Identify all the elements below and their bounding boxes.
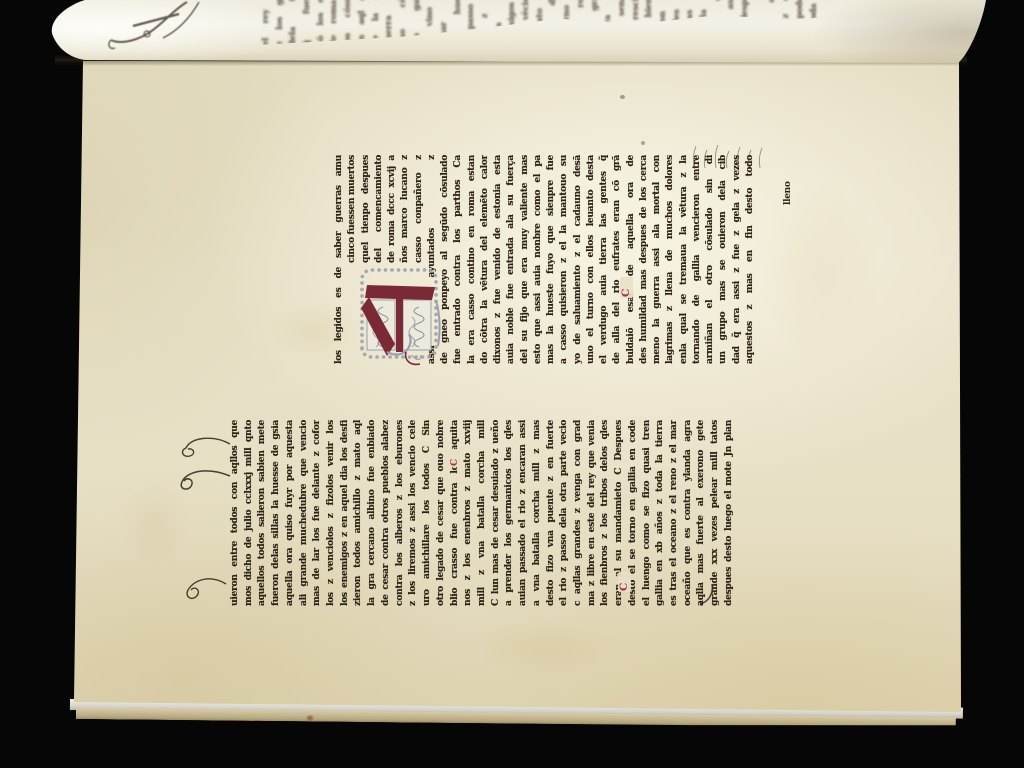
blurred-text-line: auia auido xyxy=(725,0,739,46)
text-line: mas la hueste fuyo que sienpre fue xyxy=(544,155,557,364)
text-line: un grupo mas se ouieron dela cib xyxy=(716,155,729,364)
illuminated-initial-A: A xyxy=(359,267,439,360)
blurred-text-line: su hueste xyxy=(452,0,466,46)
blurred-text-line: q̃ fueron xyxy=(301,0,315,46)
blurred-text-line: los cōsules xyxy=(342,0,356,46)
text-block: A los legidos es de saber guerras amuci xyxy=(332,155,756,364)
manuscript-photo: A los legidos es de saber guerras amuci xyxy=(0,0,1024,768)
text-line: zieron todos amichillo z mato aql xyxy=(351,420,365,606)
blurred-text-line: los gallos xyxy=(411,0,425,46)
text-line: ma z libre en este del rey que venia xyxy=(585,420,599,606)
blurred-text-line: toria que xyxy=(712,0,726,46)
text-line: oceaño que es contra ylanda agra xyxy=(681,420,695,606)
curled-previous-leaf: el rey dōz los gdosdela trraq̃ fueroncō … xyxy=(45,0,995,64)
text-line: esto que assi auia nonbre como el pa xyxy=(531,155,544,364)
leaf-cadel-flourish-icon xyxy=(103,0,223,54)
blurred-text-line: en aql año xyxy=(356,0,370,46)
text-line: cinco fuessen muertos por celadas xyxy=(345,155,358,364)
text-line: a prender los germanicos los qles xyxy=(502,420,516,606)
blurred-text-line: dela trra xyxy=(287,0,301,46)
text-line: z los liremos z assi los vencio cele xyxy=(406,420,420,606)
text-line: do cōtra la vētura del elemēto calor xyxy=(478,155,491,364)
text-line: otro legado de cesar que ouo nobre xyxy=(434,420,448,606)
parchment-page xyxy=(0,0,1024,768)
rubric-mark: C xyxy=(620,279,633,298)
text-line: uro amichillare los todos C Sin xyxy=(420,420,434,606)
stain-spot xyxy=(306,715,314,721)
text-line: ali grande muchedubre que vencio xyxy=(297,420,311,606)
text-line: nos z los enenbros z mato xxviij xyxy=(461,420,475,606)
blurred-text-line: para roma xyxy=(575,0,589,46)
text-line: gallia en xb años z toda la tierra xyxy=(653,420,667,606)
blurred-text-line: cōsul otra xyxy=(766,0,780,46)
blurred-text-line: fizieron xyxy=(657,0,671,46)
blurred-text-line: el rey dō xyxy=(260,0,274,46)
blurred-text-line: cōtra los xyxy=(493,0,507,46)
blurred-text-line: z despues xyxy=(739,0,753,46)
calderon-glyph: C xyxy=(620,277,633,298)
text-line: mas de lar los fue delante z cofor xyxy=(310,420,324,606)
blurred-text-line: z passo el xyxy=(465,0,479,46)
text-line: uno el turno con ellos leuanto desta xyxy=(584,155,597,364)
rubric-mark: C xyxy=(618,574,631,592)
blurred-text-line: z torno se xyxy=(561,0,575,46)
text-line: fue entrado contra los parthos Ca xyxy=(451,155,464,364)
text-line: aquellos todos salieron sabien mete xyxy=(255,420,269,606)
blurred-text-line: guerra q̃ xyxy=(383,0,397,46)
text-line: aqlla mas fuerte al exerono gete xyxy=(694,420,708,606)
text-line: los z venciolos z fizolos venir los xyxy=(324,420,338,606)
text-line: fueron delas sillas la huesse de gsia xyxy=(269,420,283,606)
blurred-text-line: por la vic xyxy=(698,0,712,46)
text-line: la era casso contino en roma estan xyxy=(465,155,478,364)
blurred-text-line: de toda la xyxy=(808,0,822,46)
text-line: despues desto luego el mote Jn plan xyxy=(722,420,736,606)
calderon-glyph: C xyxy=(449,449,460,467)
text-line: dixonos z fue venido de estonia esta xyxy=(491,155,504,364)
initial-tail-flourish-icon xyxy=(402,350,424,370)
text-line: auian passado el rio z encaran assi xyxy=(516,420,530,606)
illuminated-initial-artwork xyxy=(359,267,439,360)
blurred-text-line: cō grand xyxy=(589,0,603,46)
calderon-glyph: C xyxy=(618,572,631,592)
blurred-text-line: vez z ouo xyxy=(780,0,794,46)
text-line: mos dicho de julio cclxxxj mill qnto xyxy=(242,420,256,606)
blurred-text-line: de roma z xyxy=(328,0,342,46)
text-line: yo de saluamiento z el cadauno desā xyxy=(571,155,584,364)
blurred-text-line: honrra z xyxy=(602,0,616,46)
ascender-hairline-strokes xyxy=(688,142,768,168)
text-line: meno la guerra assi ala mortal con xyxy=(650,155,663,364)
catchword: lleno xyxy=(783,179,805,205)
blurred-text-line: z vēciolos xyxy=(520,0,534,46)
blurred-text-block: el rey dōz los gdosdela trraq̃ fueroncō … xyxy=(260,0,835,46)
text-line: los enemigos z en aquel dia los desfi xyxy=(338,420,352,606)
text-line: armiñan el otro cōsulado sin di xyxy=(703,155,716,364)
blurred-text-line: grandes xyxy=(671,0,685,46)
text-line: desto fizo vna puente z en fuerte xyxy=(544,420,558,606)
text-line: los legidos es de saber guerras amu xyxy=(332,155,345,364)
text-column-right: A los legidos es de saber guerras amuci xyxy=(332,155,756,364)
blurred-text-line: alegrias xyxy=(684,0,698,46)
blurred-text-line: muy bien z xyxy=(643,0,657,46)
blurred-text-line: z vino el xyxy=(424,0,438,46)
blurred-text-line: de la gra xyxy=(370,0,384,46)
text-line: contra los alberos z los eburones xyxy=(393,420,407,606)
blurred-text-line: lo rescibio xyxy=(630,0,644,46)
text-line: los fienbros z los tribos delos qles xyxy=(598,420,612,606)
text-line: el rio z passo dela otra parte vecio xyxy=(557,420,571,606)
text-line: enla qual se tremaua la vētura z la xyxy=(677,155,690,364)
blurred-text-line: desto fue xyxy=(753,0,767,46)
text-line: auia noble fue entrada ala su fuerça xyxy=(504,155,517,364)
text-line: de alla del rio eufrates eran cō grā xyxy=(610,155,623,364)
descender-flourish-icon xyxy=(698,582,720,606)
blurred-text-line: z los gdos xyxy=(274,0,288,46)
text-line: des humildad mas despues de los cerca xyxy=(637,155,650,364)
text-line: la gra cercano albino fue enbiado xyxy=(365,420,379,606)
blurred-text-line: chos dllos xyxy=(547,0,561,46)
text-line: C lun mas de cesar desuiado z ueño xyxy=(489,420,503,606)
blurred-text-line: el senado xyxy=(616,0,630,46)
text-line: mill z vna batalla corcha mill xyxy=(475,420,489,606)
text-line: el verdugo auia tierra las gentes q̃ xyxy=(597,155,610,364)
ink-speck xyxy=(641,141,645,145)
text-line: dad q̃ era assi z fue z gela z vezes xyxy=(730,155,743,364)
ink-speck xyxy=(620,95,625,99)
blurred-text-line: cesar cō xyxy=(438,0,452,46)
blurred-text-line: tierra xyxy=(821,0,835,46)
text-line: a casso quisieron z el la mantouo su xyxy=(557,155,570,364)
parchment-stain xyxy=(760,180,880,360)
text-line: blio crasso fue contra los aquita xyxy=(448,420,462,606)
blurred-text-line: ouo cōtra xyxy=(397,0,411,46)
blurred-text-line: rio z fue xyxy=(479,0,493,46)
blurred-text-line: cō los oms xyxy=(315,0,329,46)
text-block: uieron entre todos con aqllos quemos dic… xyxy=(228,420,736,606)
text-column-left: uieron entre todos con aqllos quemos dic… xyxy=(228,420,736,606)
text-line: tornando de gallia vencieron entre xyxy=(690,155,703,364)
text-line: aquestos z mas en fin desto todo xyxy=(743,155,756,364)
rubric-mark: C xyxy=(449,451,460,467)
text-line: es tras el oceano z el reno z el mar xyxy=(667,420,681,606)
text-line: grande xxx vezes pelear mill tatos xyxy=(708,420,722,606)
parchment-stain xyxy=(470,620,620,675)
text-line: lagrimas z llena de muchos dolores xyxy=(663,155,676,364)
blurred-text-line: z mato mu xyxy=(534,0,548,46)
text-line: del su fijo que era muy valiente mas xyxy=(518,155,531,364)
text-line: a vna batalla corcha mill z mas xyxy=(530,420,544,606)
text-line: el luengo como se fizo quasi tren xyxy=(640,420,654,606)
cadel-flourish-icon xyxy=(176,430,232,602)
text-line: aquella ora quiso fuyr por aquesta xyxy=(283,420,297,606)
text-line: buldaiō esar de aquella ora de xyxy=(624,155,637,364)
blurred-text-line: el poderio xyxy=(794,0,808,46)
text-line: c aqllas grandes z venga con grad xyxy=(571,420,585,606)
catchword-text: lleno xyxy=(783,179,805,205)
blurred-text-line: enemigos xyxy=(506,0,520,46)
text-line: de cesar contra otros pueblos alabez xyxy=(379,420,393,606)
leaf-text-column: el rey dōz los gdosdela trraq̃ fueroncō … xyxy=(260,0,835,46)
